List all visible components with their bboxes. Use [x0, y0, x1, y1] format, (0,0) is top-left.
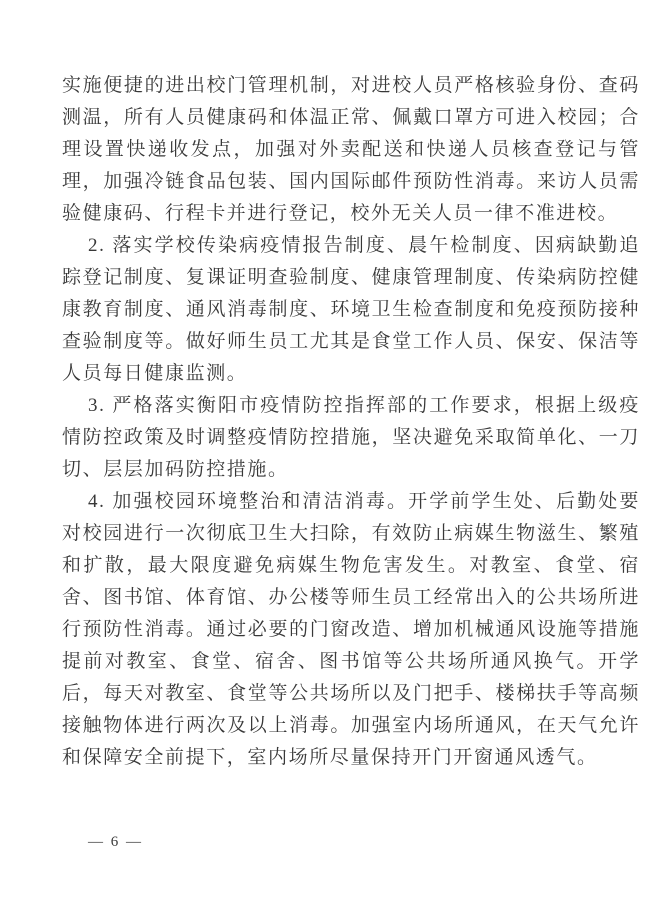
paragraph-item-3: 3. 严格落实衡阳市疫情防控指挥部的工作要求，根据上级疫情防控政策及时调整疫情防… — [62, 390, 640, 486]
text-content: 实施便捷的进出校门管理机制，对进校人员严格核验身份、查码测温，所有人员健康码和体… — [62, 70, 640, 774]
document-page: 实施便捷的进出校门管理机制，对进校人员严格核验身份、查码测温，所有人员健康码和体… — [0, 0, 647, 906]
paragraph-item-4: 4. 加强校园环境整治和清洁消毒。开学前学生处、后勤处要对校园进行一次彻底卫生大… — [62, 486, 640, 774]
paragraph-item-2: 2. 落实学校传染病疫情报告制度、晨午检制度、因病缺勤追踪登记制度、复课证明查验… — [62, 230, 640, 390]
paragraph-continuation: 实施便捷的进出校门管理机制，对进校人员严格核验身份、查码测温，所有人员健康码和体… — [62, 70, 640, 230]
page-number: — 6 — — [88, 832, 143, 852]
